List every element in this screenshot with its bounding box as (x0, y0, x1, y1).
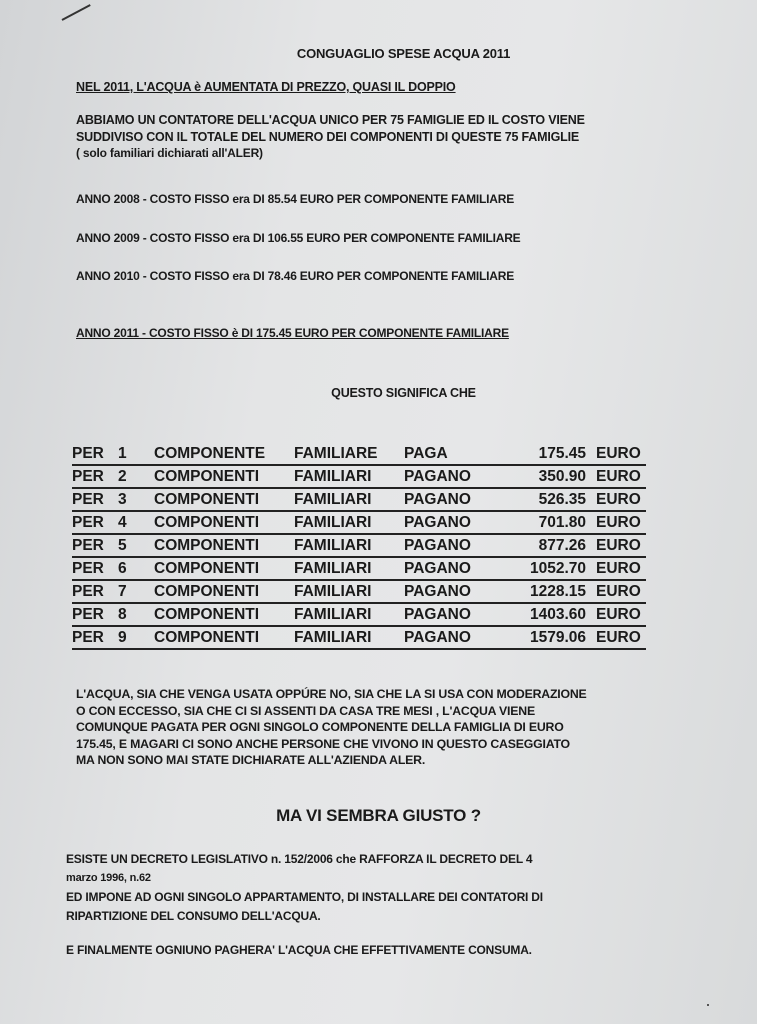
cell-n: 1 (118, 445, 154, 463)
cell-comp: COMPONENTI (154, 560, 294, 578)
intro-line: ( solo familiari dichiarati all'ALER) (76, 145, 585, 162)
table-row: PER4COMPONENTIFAMILIARIPAGANO701.80EURO (72, 512, 646, 535)
cell-n: 8 (118, 606, 154, 624)
cell-cur: EURO (596, 491, 646, 509)
table-row: PER2COMPONENTIFAMILIARIPAGANO350.90EURO (72, 466, 646, 489)
cell-amount: 1228.15 (504, 583, 596, 601)
cell-fam: FAMILIARI (294, 468, 404, 486)
cell-cur: EURO (596, 606, 646, 624)
table-row: PER5COMPONENTIFAMILIARIPAGANO877.26EURO (72, 535, 646, 558)
table-row: PER1COMPONENTEFAMILIAREPAGA175.45EURO (72, 443, 646, 466)
cell-cur: EURO (596, 583, 646, 601)
cell-per: PER (72, 606, 118, 624)
document-subtitle: NEL 2011, L'ACQUA è AUMENTATA DI PREZZO,… (76, 80, 456, 94)
cell-amount: 701.80 (504, 514, 596, 532)
cell-cur: EURO (596, 560, 646, 578)
cell-pag: PAGANO (404, 560, 504, 578)
cell-fam: FAMILIARI (294, 491, 404, 509)
intro-line: SUDDIVISO CON IL TOTALE DEL NUMERO DEI C… (76, 129, 585, 146)
table-row: PER9COMPONENTIFAMILIARIPAGANO1579.06EURO (72, 627, 646, 650)
cell-fam: FAMILIARI (294, 560, 404, 578)
decree-line: ESISTE UN DECRETO LEGISLATIVO n. 152/200… (66, 850, 543, 869)
cell-per: PER (72, 491, 118, 509)
intro-paragraph: ABBIAMO UN CONTATORE DELL'ACQUA UNICO PE… (76, 112, 585, 162)
cell-pag: PAGANO (404, 629, 504, 647)
cell-per: PER (72, 583, 118, 601)
decree-line: marzo 1996, n.62 (66, 869, 543, 888)
explanation-line: O CON ECCESSO, SIA CHE CI SI ASSENTI DA … (76, 703, 587, 720)
cell-comp: COMPONENTE (154, 445, 294, 463)
cell-fam: FAMILIARI (294, 514, 404, 532)
cell-pag: PAGANO (404, 537, 504, 555)
cell-amount: 877.26 (504, 537, 596, 555)
cell-pag: PAGANO (404, 583, 504, 601)
cell-fam: FAMILIARI (294, 629, 404, 647)
intro-line: ABBIAMO UN CONTATORE DELL'ACQUA UNICO PE… (76, 112, 585, 129)
cell-per: PER (72, 560, 118, 578)
cell-per: PER (72, 514, 118, 532)
year-2008-line: ANNO 2008 - COSTO FISSO era DI 85.54 EUR… (76, 192, 514, 206)
explanation-line: 175.45, E MAGARI CI SONO ANCHE PERSONE C… (76, 736, 587, 753)
explanation-paragraph: L'ACQUA, SIA CHE VENGA USATA OPPÚRE NO, … (76, 686, 587, 769)
cell-comp: COMPONENTI (154, 537, 294, 555)
cell-per: PER (72, 537, 118, 555)
table-row: PER6COMPONENTIFAMILIARIPAGANO1052.70EURO (72, 558, 646, 581)
cell-cur: EURO (596, 445, 646, 463)
cell-pag: PAGANO (404, 606, 504, 624)
question-heading: MA VI SEMBRA GIUSTO ? (0, 806, 757, 826)
cell-comp: COMPONENTI (154, 583, 294, 601)
cell-cur: EURO (596, 468, 646, 486)
document-title: CONGUAGLIO SPESE ACQUA 2011 (0, 46, 757, 61)
cell-n: 2 (118, 468, 154, 486)
cell-amount: 175.45 (504, 445, 596, 463)
year-2009-line: ANNO 2009 - COSTO FISSO era DI 106.55 EU… (76, 231, 521, 245)
cell-fam: FAMILIARI (294, 583, 404, 601)
cell-comp: COMPONENTI (154, 468, 294, 486)
cell-comp: COMPONENTI (154, 629, 294, 647)
table-row: PER3COMPONENTIFAMILIARIPAGANO526.35EURO (72, 489, 646, 512)
cell-amount: 526.35 (504, 491, 596, 509)
decree-line: ED IMPONE AD OGNI SINGOLO APPARTAMENTO, … (66, 888, 543, 907)
cell-cur: EURO (596, 629, 646, 647)
paper-speck (707, 1004, 709, 1006)
explanation-line: COMUNQUE PAGATA PER OGNI SINGOLO COMPONE… (76, 719, 587, 736)
cell-comp: COMPONENTI (154, 491, 294, 509)
year-2011-line: ANNO 2011 - COSTO FISSO è DI 175.45 EURO… (76, 326, 509, 340)
conclusion-line: E FINALMENTE OGNIUNO PAGHERA' L'ACQUA CH… (66, 942, 532, 959)
table-row: PER8COMPONENTIFAMILIARIPAGANO1403.60EURO (72, 604, 646, 627)
cell-n: 4 (118, 514, 154, 532)
cell-amount: 350.90 (504, 468, 596, 486)
cell-cur: EURO (596, 537, 646, 555)
cell-fam: FAMILIARI (294, 537, 404, 555)
explanation-line: L'ACQUA, SIA CHE VENGA USATA OPPÚRE NO, … (76, 686, 587, 703)
cell-n: 9 (118, 629, 154, 647)
pen-mark (62, 4, 91, 21)
cell-fam: FAMILIARE (294, 445, 404, 463)
table-row: PER7COMPONENTIFAMILIARIPAGANO1228.15EURO (72, 581, 646, 604)
cell-per: PER (72, 468, 118, 486)
paper-sheet: CONGUAGLIO SPESE ACQUA 2011 NEL 2011, L'… (0, 0, 757, 1024)
cell-n: 6 (118, 560, 154, 578)
cell-amount: 1403.60 (504, 606, 596, 624)
cell-amount: 1052.70 (504, 560, 596, 578)
year-2010-line: ANNO 2010 - COSTO FISSO era DI 78.46 EUR… (76, 269, 514, 283)
cell-n: 7 (118, 583, 154, 601)
cell-comp: COMPONENTI (154, 606, 294, 624)
cell-pag: PAGANO (404, 491, 504, 509)
cell-cur: EURO (596, 514, 646, 532)
decree-line: RIPARTIZIONE DEL CONSUMO DELL'ACQUA. (66, 907, 543, 926)
cost-table: PER1COMPONENTEFAMILIAREPAGA175.45EUROPER… (72, 443, 646, 650)
cell-per: PER (72, 445, 118, 463)
cell-pag: PAGANO (404, 468, 504, 486)
cell-fam: FAMILIARI (294, 606, 404, 624)
meaning-heading: QUESTO SIGNIFICA CHE (0, 386, 757, 400)
cell-n: 5 (118, 537, 154, 555)
cell-pag: PAGA (404, 445, 504, 463)
cell-amount: 1579.06 (504, 629, 596, 647)
cell-per: PER (72, 629, 118, 647)
cell-pag: PAGANO (404, 514, 504, 532)
cell-n: 3 (118, 491, 154, 509)
explanation-line: MA NON SONO MAI STATE DICHIARATE ALL'AZI… (76, 752, 587, 769)
decree-paragraph: ESISTE UN DECRETO LEGISLATIVO n. 152/200… (66, 850, 543, 926)
cell-comp: COMPONENTI (154, 514, 294, 532)
